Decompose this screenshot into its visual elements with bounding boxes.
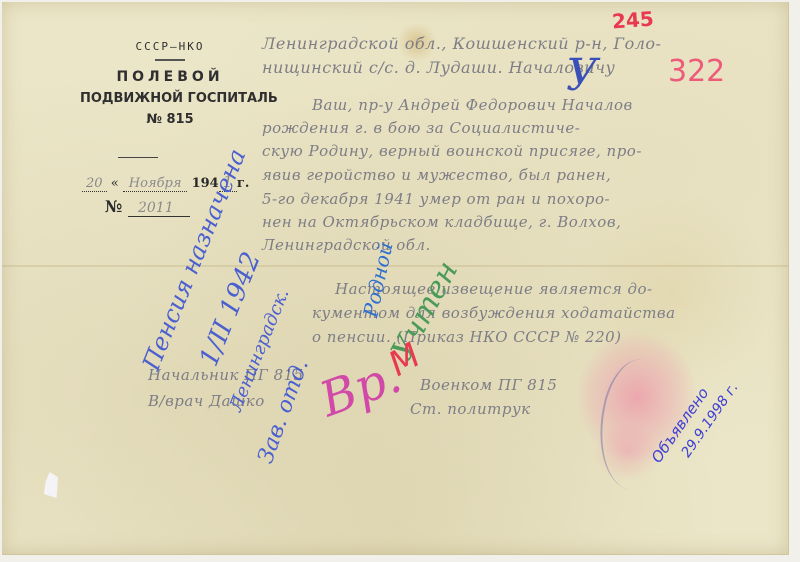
signature-right-2: Ст. политрук [410,400,531,418]
number-line: № 2011 [105,197,190,216]
red-number: 322 [668,54,725,89]
signature-right-1: Военком ПГ 815 [420,376,557,394]
stamp-line-1: СССР–НКО [80,40,260,53]
blue-mark: У [566,50,598,101]
date-day: 20 [82,176,107,192]
body-line: явив геройство и мужество, был ранен, [262,166,611,184]
body-line: Ленинградской обл. [262,236,431,254]
stamp-rule [155,59,185,61]
stamp-line-2: ПОЛЕВОЙ [80,69,260,85]
number-value: 2011 [128,200,190,217]
stamp-line-4: № 815 [80,112,260,127]
number-label: № [105,197,122,216]
stamp-line-3: ПОДВИЖНОЙ ГОСПИТАЛЬ [80,91,260,106]
notice-line: о пенсии. (Приказ НКО СССР № 220) [312,328,622,346]
address-line-2: нищинский с/с. д. Лудаши. Началовичу [262,58,615,77]
stamp-underline [118,157,158,158]
body-line: нен на Октябрьском кладбище, г. Волхов, [262,213,621,231]
address-line-1: Ленинградской обл., Кошшенский р-н, Голо… [262,34,661,53]
body-line: рождения г. в бою за Социалистиче- [262,119,580,137]
date-month: Ноября [123,176,188,192]
body-line: скую Родину, верный воинской присяге, пр… [262,142,642,160]
hospital-stamp: СССР–НКО ПОЛЕВОЙ ПОДВИЖНОЙ ГОСПИТАЛЬ № 8… [80,40,260,127]
body-line: 5-го декабря 1941 умер от ран и похоро- [262,190,610,208]
red-number-top: 245 [611,7,654,34]
quote-mark: « [111,176,119,191]
